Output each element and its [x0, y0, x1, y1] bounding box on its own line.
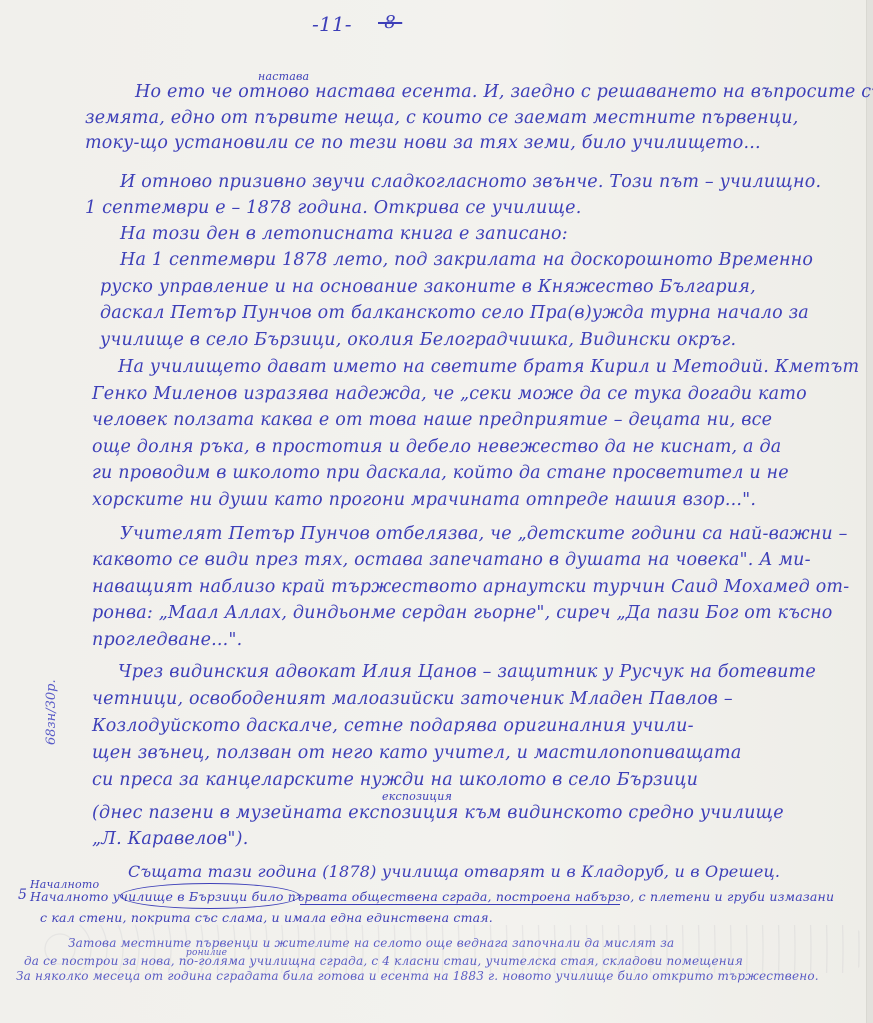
- text-line: Чрез видинския адвокат Илия Цанов – защи…: [118, 662, 816, 682]
- text-line: Но ето че отново настава есента. И, заед…: [135, 82, 873, 102]
- text-line: 1 септември е – 1878 година. Открива се …: [85, 198, 582, 218]
- text-line: ронва: „Маал Аллах, диндьонме сердан гьо…: [92, 603, 833, 623]
- text-line: человек ползата каква е от това наше пре…: [92, 410, 772, 430]
- text-line: Козлодуйското даскалче, сетне подарява о…: [92, 716, 694, 736]
- margin-mark: 5: [18, 887, 27, 903]
- margin-note: 68зн/30р.: [44, 679, 59, 745]
- text-line: хорските ни души като прогони мрачината …: [92, 490, 756, 510]
- text-line: Същата тази година (1878) училища отваря…: [128, 862, 780, 881]
- text-line: щен звънец, ползван от него като учител,…: [92, 743, 741, 763]
- manuscript-page: -11- -8- настава Но ето че отново настав…: [0, 0, 873, 1023]
- underline-mark: [300, 904, 620, 905]
- text-line: каквото се види през тях, остава запечат…: [92, 550, 811, 570]
- text-line: с кал стени, покрита със слама, и имала …: [40, 910, 493, 925]
- insertion-ekspozitsiya: експозиция: [382, 790, 452, 803]
- paper-edge: [866, 0, 873, 1023]
- text-line: (днес пазени в музейната експозиция към …: [92, 803, 784, 823]
- text-line: още долня ръка, в простотия и дебело нев…: [92, 437, 781, 457]
- text-line: За няколко месеца от година сградата бил…: [16, 969, 819, 983]
- text-line: На този ден в летописната книга е записа…: [120, 224, 568, 244]
- page-number: -11-: [312, 12, 352, 36]
- text-line: Затова местните първенци и жителите на с…: [68, 936, 674, 950]
- text-line: прогледване...".: [92, 630, 242, 650]
- text-line: Генко Миленов изразява надежда, че „секи…: [92, 384, 807, 404]
- text-line: току-що установили се по тези нови за тя…: [85, 133, 761, 153]
- text-line: „Л. Каравелов").: [92, 829, 248, 849]
- text-line: наващият наблизо край тържеството арнаут…: [92, 577, 849, 597]
- text-line: руско управление и на основание законите…: [100, 277, 756, 297]
- text-line: четници, освободеният малоазийски заточе…: [92, 689, 733, 709]
- text-line: На 1 септември 1878 лето, под закрилата …: [120, 250, 813, 270]
- text-line: Началното училище в Бързици било първата…: [30, 889, 834, 904]
- text-line: земята, едно от първите неща, с които се…: [85, 108, 798, 128]
- text-line: И отново призивно звучи сладкогласното з…: [120, 172, 821, 192]
- text-line: училище в село Бързици, околия Белоградч…: [100, 330, 736, 350]
- page-number-struck: -8-: [378, 12, 402, 33]
- text-line: ги проводим в школото при даскала, който…: [92, 463, 789, 483]
- text-line: даскал Петър Пунчов от балканското село …: [100, 303, 809, 323]
- text-line: си преса за канцеларските нужди на школо…: [92, 770, 698, 790]
- text-line: На училището дават името на светите брат…: [118, 357, 859, 377]
- text-line: Учителят Петър Пунчов отбелязва, че „дет…: [120, 524, 848, 544]
- text-line: да се построи за нова, по-голяма училищн…: [24, 954, 743, 968]
